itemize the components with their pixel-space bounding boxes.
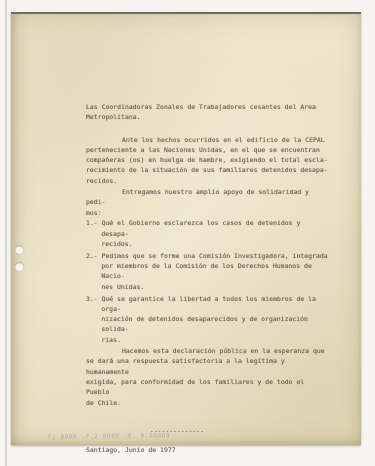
document-text: Las Coordinadoras Zonales de Trabajadore… [86, 102, 328, 455]
punch-hole-top [15, 245, 24, 254]
petition-item-3: 3.- Qué se garantice la libertad a todos… [86, 294, 328, 345]
archive-stamp: Fj 0006 -F.2 0000 -B. 0.00000 [48, 432, 170, 440]
dateline: Santiago, Junio de 1977 [86, 445, 328, 455]
petition-item-2: 2.- Pedimos que se forme una Comisión In… [86, 251, 328, 292]
petition-list: 1.- Qué el Gobierno esclarezca los casos… [86, 218, 328, 345]
opening-paragraph: Ante los hechos ocurridos en el edificio… [86, 135, 328, 186]
paper-sheet: Las Coordinadoras Zonales de Trabajadore… [11, 12, 361, 445]
support-paragraph: Entregamos nuestro amplio apoyo de solid… [86, 187, 328, 218]
petition-item-1: 1.- Qué el Gobierno esclarezca los casos… [86, 218, 328, 249]
closing-paragraph: Hacemos esta declaración pública en la e… [86, 346, 328, 408]
sender-heading: Las Coordinadoras Zonales de Trabajadore… [86, 102, 328, 123]
punch-hole-bottom [15, 262, 24, 271]
scanned-page: Las Coordinadoras Zonales de Trabajadore… [0, 0, 375, 466]
